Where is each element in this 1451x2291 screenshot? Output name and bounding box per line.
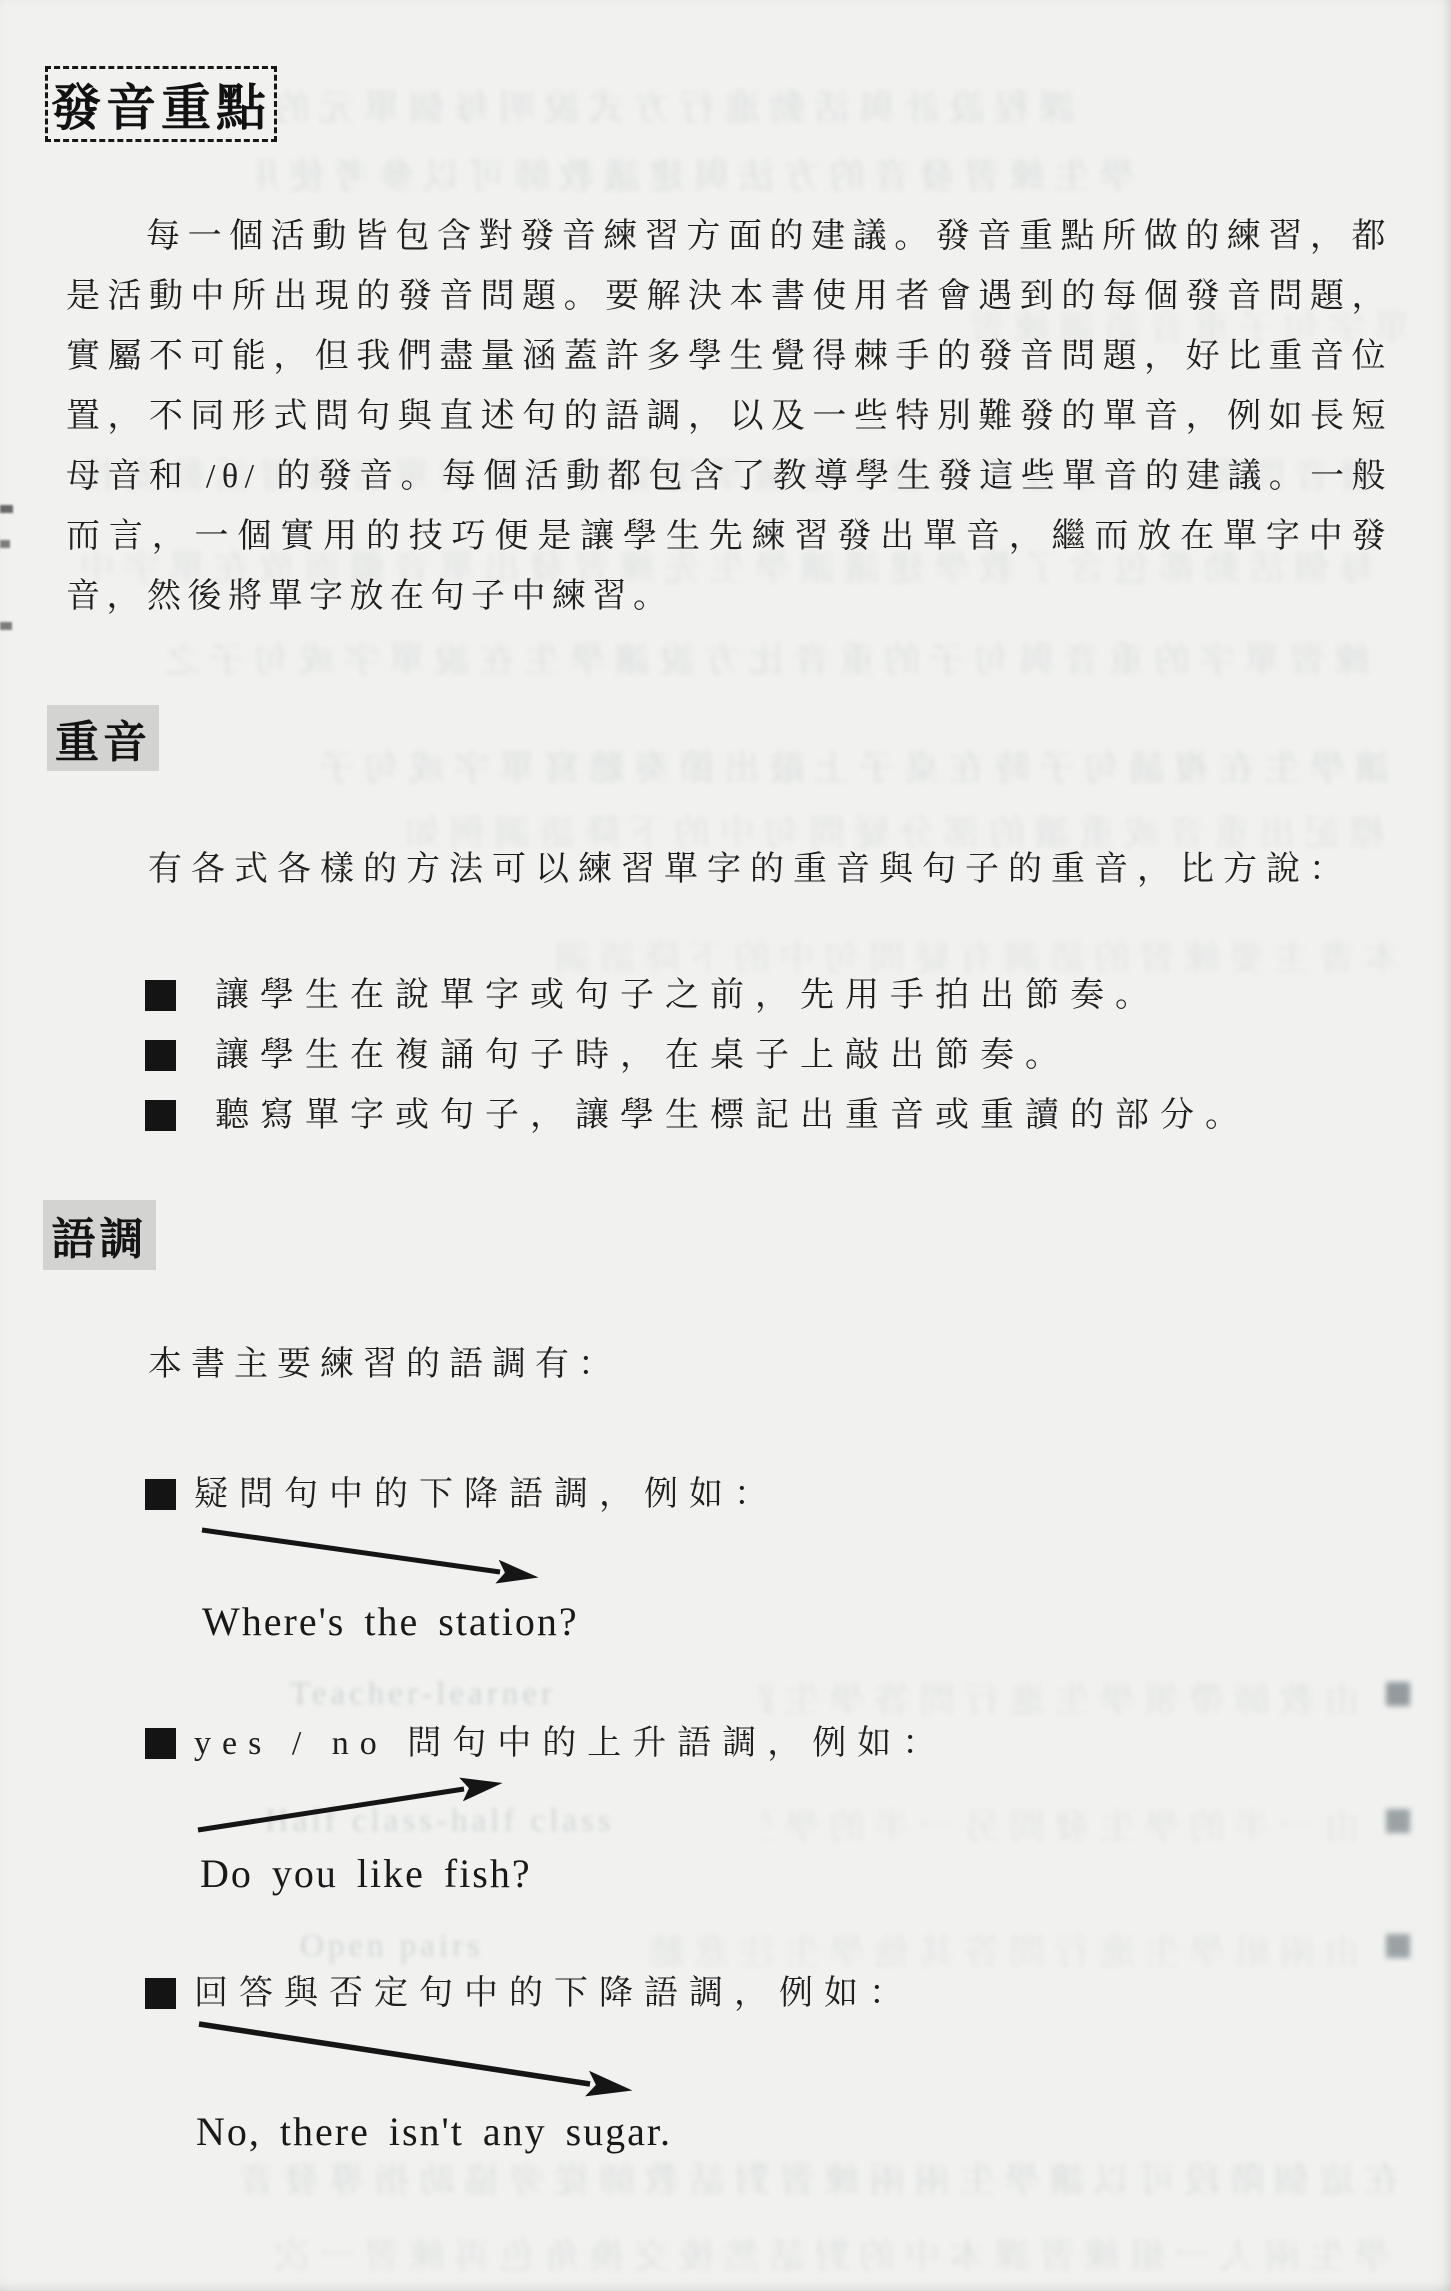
example-sentence: Where's the station? [202, 1598, 579, 1645]
bleed-through-text: 練習單字的重音與句子的重音比方說讓學生在說單字或句子之前 [160, 632, 1370, 683]
example-sentence: No, there isn't any sugar. [196, 2108, 672, 2155]
intonation-bullet-item: 疑問句中的下降語調，例如： [145, 1465, 779, 1525]
bullet-square-icon [145, 1100, 176, 1131]
paragraph-line: 而言，一個實用的技巧便是讓學生先練習發出單音，繼而放在單字中發 [66, 507, 1392, 567]
bleed-bullet-mark [1386, 1934, 1410, 1958]
scanned-book-page: 課程設計與活動進行方式說明每個單元的學習重點整理 學生練習發音的方法與建議教師可… [0, 0, 1451, 2291]
bleed-bullet-mark [1386, 1682, 1410, 1706]
paragraph-line: 每一個活動皆包含對發音練習方面的建議。發音重點所做的練習，都 [66, 207, 1392, 267]
scan-edge-artifact [0, 505, 13, 513]
falling-arrow-icon [198, 1522, 548, 1586]
stress-bullet-item: 讓學生在說單字或句子之前，先用手拍出節奏。 [145, 966, 1160, 1026]
bullet-square-icon [145, 1728, 176, 1759]
bullet-text: yes / no 問句中的上升語調，例如： [194, 1714, 947, 1774]
stress-bullet-item: 聽寫單字或句子，讓學生標記出重音或重讀的部分。 [145, 1086, 1250, 1146]
bleed-through-text: 學生練習發音的方法與建議教師可以參考使用的活動 [255, 148, 1135, 199]
paragraph-line: 置，不同形式問句與直述句的語調，以及一些特別難發的單音，例如長短 [66, 387, 1392, 447]
paragraph-line: 母音和 /θ/ 的發音。每個活動都包含了教導學生發這些單音的建議。一般 [66, 447, 1392, 507]
stress-intro: 有各式各樣的方法可以練習單字的重音與句子的重音，比方說： [66, 840, 1392, 900]
bleed-through-text: Teacher-learner [290, 1676, 556, 1713]
intonation-bullet-item: 回答與否定句中的下降語調，例如： [145, 1964, 914, 2024]
bleed-bullet-mark [1386, 1809, 1410, 1833]
bullet-text: 聽寫單字或句子，讓學生標記出重音或重讀的部分。 [215, 1086, 1250, 1146]
bullet-text: 回答與否定句中的下降語調，例如： [194, 1964, 914, 2024]
falling-arrow-icon [195, 2016, 645, 2102]
bullet-square-icon [145, 1479, 176, 1510]
section-heading-intonation: 語調 [43, 1200, 156, 1270]
intonation-bullet-item: yes / no 問句中的上升語調，例如： [145, 1714, 947, 1774]
bleed-through-text: 讓學生在複誦句子時在桌子上敲出節奏聽寫單字或句子 [250, 740, 1390, 791]
section-heading-stress: 重音 [47, 705, 159, 771]
bullet-square-icon [145, 980, 176, 1011]
intro-paragraph: 每一個活動皆包含對發音練習方面的建議。發音重點所做的練習，都 是活動中所出現的發… [66, 207, 1392, 627]
bullet-square-icon [145, 1040, 176, 1071]
section-heading-intonation-label: 語調 [52, 1203, 148, 1267]
paragraph-line: 是活動中所出現的發音問題。要解決本書使用者會遇到的每個發音問題， [66, 267, 1392, 327]
scan-edge-artifact [0, 540, 10, 548]
bleed-through-text: Open pairs [300, 1928, 484, 1965]
bleed-through-text: 由一半的學生發問另一半的學生回答 [760, 1799, 1360, 1850]
example-sentence: Do you like fish? [200, 1850, 532, 1897]
page-title: 發音重點 [51, 68, 271, 140]
bullet-square-icon [145, 1978, 176, 2009]
title-box: 發音重點 [45, 66, 277, 142]
section-heading-stress-label: 重音 [55, 706, 151, 770]
stress-bullet-item: 讓學生在複誦句子時，在桌子上敲出節奏。 [145, 1026, 1070, 1086]
bleed-through-text: 學生兩人一組練習課本中的對話然後交換角色再練習一次 [90, 2228, 1390, 2279]
paragraph-line: 音，然後將單字放在句子中練習。 [66, 567, 1392, 627]
bullet-text: 讓學生在複誦句子時，在桌子上敲出節奏。 [215, 1026, 1070, 1086]
scan-edge-artifact [0, 622, 12, 630]
paragraph-line: 實屬不可能，但我們盡量涵蓋許多學生覺得棘手的發音問題，好比重音位 [66, 327, 1392, 387]
bleed-through-text: 課程設計與活動進行方式說明每個單元的學習重點整理 [255, 80, 1075, 131]
bullet-text: 疑問句中的下降語調，例如： [194, 1465, 779, 1525]
intonation-intro: 本書主要練習的語調有： [66, 1335, 1392, 1395]
bullet-text: 讓學生在說單字或句子之前，先用手拍出節奏。 [215, 966, 1160, 1026]
rising-arrow-icon [194, 1776, 514, 1838]
bleed-through-text: 在這個階段可以讓學生兩兩練習對話教師從旁協助指導發音 [80, 2152, 1400, 2203]
